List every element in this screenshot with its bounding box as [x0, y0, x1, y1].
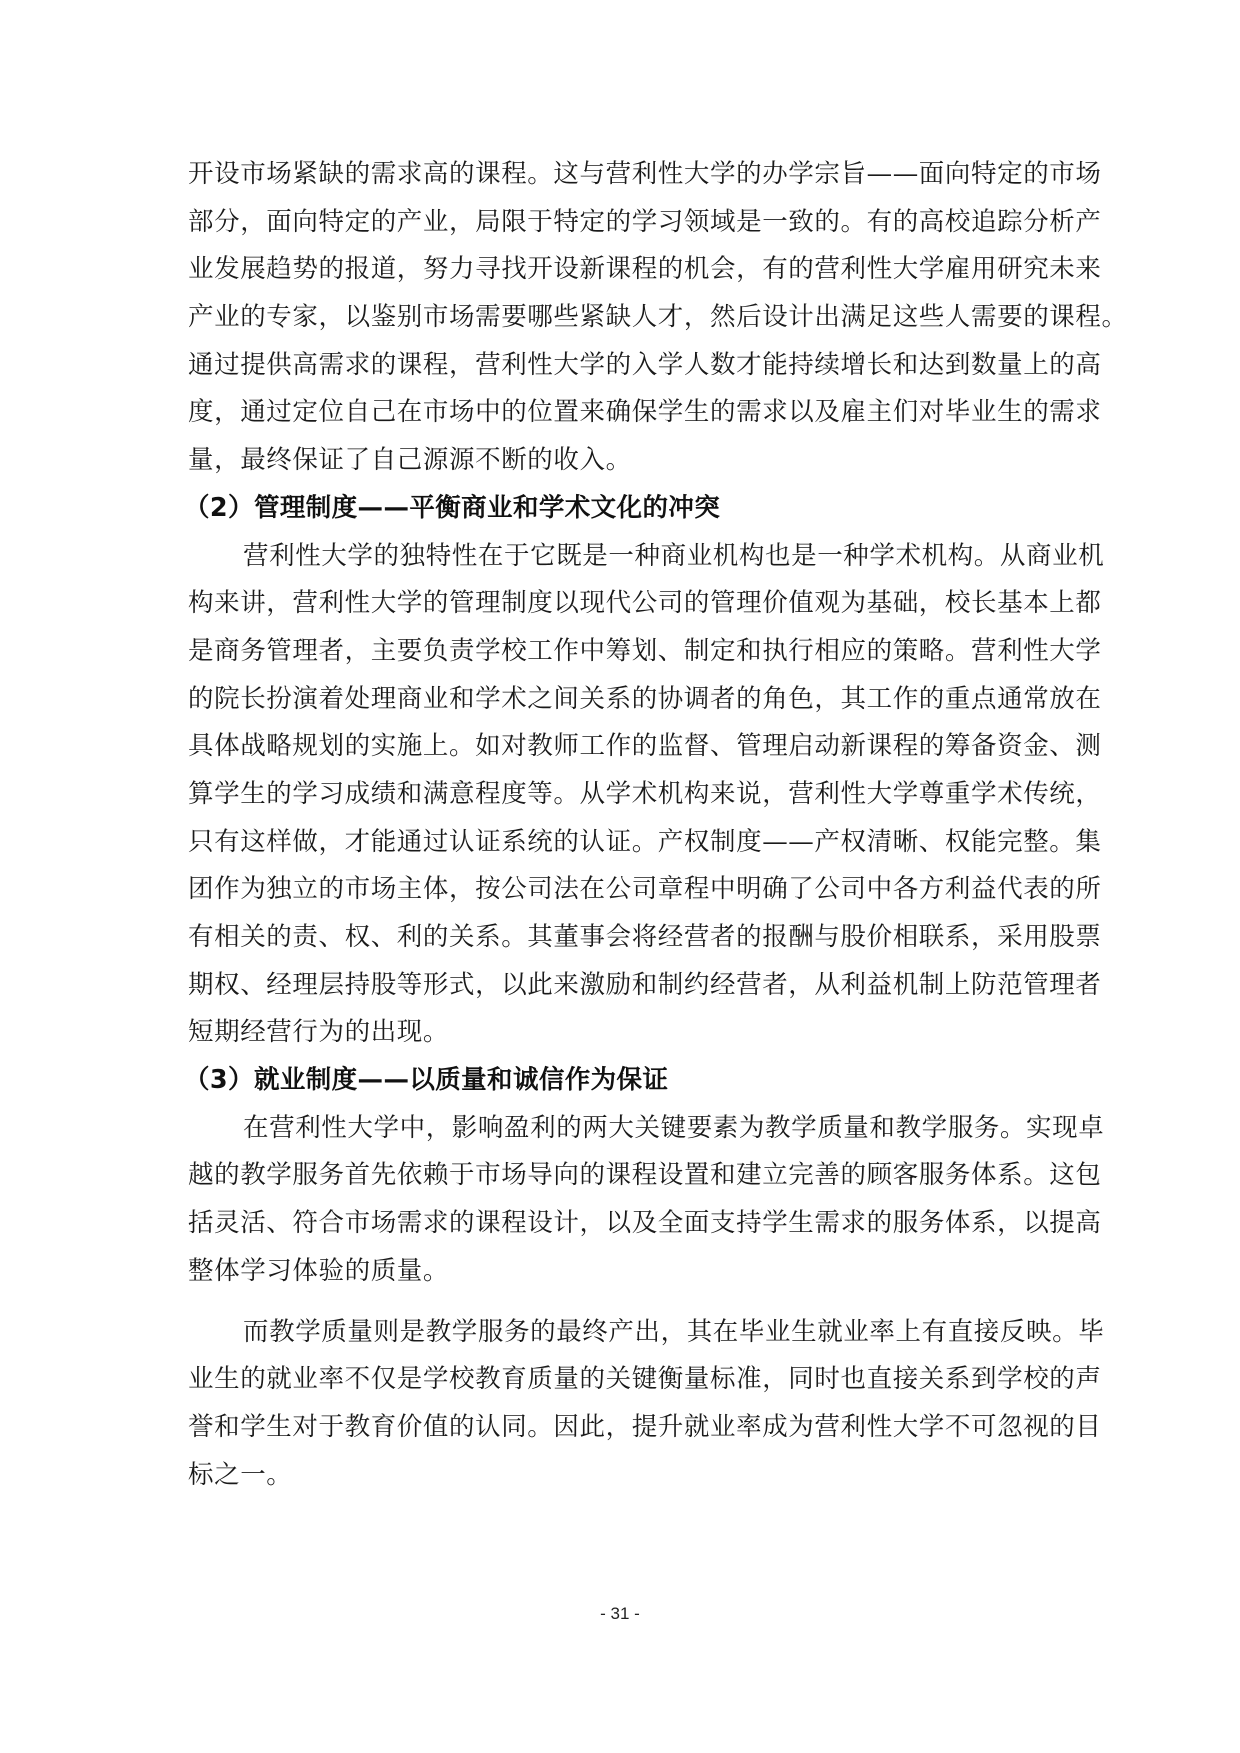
text-line: 标之一。 — [188, 1452, 1052, 1500]
paragraph-spacer — [188, 1296, 1052, 1309]
text-line: 整体学习体验的质量。 — [188, 1248, 1052, 1296]
text-line: 开设市场紧缺的需求高的课程。这与营利性大学的办学宗旨——面向特定的市场 — [188, 151, 1052, 199]
text-line: 短期经营行为的出现。 — [188, 1009, 1052, 1057]
text-line: 业发展趋势的报道，努力寻找开设新课程的机会，有的营利性大学雇用研究未来 — [188, 246, 1052, 294]
paragraph-market-courses: 开设市场紧缺的需求高的课程。这与营利性大学的办学宗旨——面向特定的市场 部分，面… — [188, 151, 1052, 485]
paragraph-management-system: 营利性大学的独特性在于它既是一种商业机构也是一种学术机构。从商业机 构来讲，营利… — [188, 533, 1052, 1058]
text-line: 算学生的学习成绩和满意程度等。从学术机构来说，营利性大学尊重学术传统， — [188, 771, 1052, 819]
paragraph-employment-rate: 而教学质量则是教学服务的最终产出，其在毕业生就业率上有直接反映。毕 业生的就业率… — [188, 1309, 1052, 1500]
document-body: 开设市场紧缺的需求高的课程。这与营利性大学的办学宗旨——面向特定的市场 部分，面… — [188, 151, 1052, 1499]
text-line: 产业的专家，以鉴别市场需要哪些紧缺人才，然后设计出满足这些人需要的课程。 — [188, 294, 1052, 342]
page-number: - 31 - — [0, 1604, 1240, 1624]
text-line: 的院长扮演着处理商业和学术之间关系的协调者的角色，其工作的重点通常放在 — [188, 676, 1052, 724]
text-line: 业生的就业率不仅是学校教育质量的关键衡量标准，同时也直接关系到学校的声 — [188, 1356, 1052, 1404]
text-line: 团作为独立的市场主体，按公司法在公司章程中明确了公司中各方利益代表的所 — [188, 866, 1052, 914]
document-page: 开设市场紧缺的需求高的课程。这与营利性大学的办学宗旨——面向特定的市场 部分，面… — [0, 0, 1240, 1753]
text-line: 誉和学生对于教育价值的认同。因此，提升就业率成为营利性大学不可忽视的目 — [188, 1404, 1052, 1452]
text-line: 括灵活、符合市场需求的课程设计，以及全面支持学生需求的服务体系，以提高 — [188, 1200, 1052, 1248]
text-line: 量，最终保证了自己源源不断的收入。 — [188, 437, 1052, 485]
text-line: 越的教学服务首先依赖于市场导向的课程设置和建立完善的顾客服务体系。这包 — [188, 1152, 1052, 1200]
text-line: 部分，面向特定的产业，局限于特定的学习领域是一致的。有的高校追踪分析产 — [188, 199, 1052, 247]
text-line: 构来讲，营利性大学的管理制度以现代公司的管理价值观为基础，校长基本上都 — [188, 580, 1052, 628]
text-line: 具体战略规划的实施上。如对教师工作的监督、管理启动新课程的筹备资金、测 — [188, 723, 1052, 771]
text-line: 度，通过定位自己在市场中的位置来确保学生的需求以及雇主们对毕业生的需求 — [188, 389, 1052, 437]
text-line: 而教学质量则是教学服务的最终产出，其在毕业生就业率上有直接反映。毕 — [188, 1309, 1052, 1357]
text-line: 有相关的责、权、利的关系。其董事会将经营者的报酬与股价相联系，采用股票 — [188, 914, 1052, 962]
text-line: 通过提供高需求的课程，营利性大学的入学人数才能持续增长和达到数量上的高 — [188, 342, 1052, 390]
text-line: 营利性大学的独特性在于它既是一种商业机构也是一种学术机构。从商业机 — [188, 533, 1052, 581]
text-line: 只有这样做，才能通过认证系统的认证。产权制度——产权清晰、权能完整。集 — [188, 819, 1052, 867]
text-line: 是商务管理者，主要负责学校工作中筹划、制定和执行相应的策略。营利性大学 — [188, 628, 1052, 676]
text-line: 期权、经理层持股等形式，以此来激励和制约经营者，从利益机制上防范管理者 — [188, 962, 1052, 1010]
section-heading-employment: （3）就业制度——以质量和诚信作为保证 — [184, 1057, 1052, 1105]
paragraph-teaching-service: 在营利性大学中，影响盈利的两大关键要素为教学质量和教学服务。实现卓 越的教学服务… — [188, 1105, 1052, 1296]
section-heading-management: （2）管理制度——平衡商业和学术文化的冲突 — [184, 485, 1052, 533]
text-line: 在营利性大学中，影响盈利的两大关键要素为教学质量和教学服务。实现卓 — [188, 1105, 1052, 1153]
